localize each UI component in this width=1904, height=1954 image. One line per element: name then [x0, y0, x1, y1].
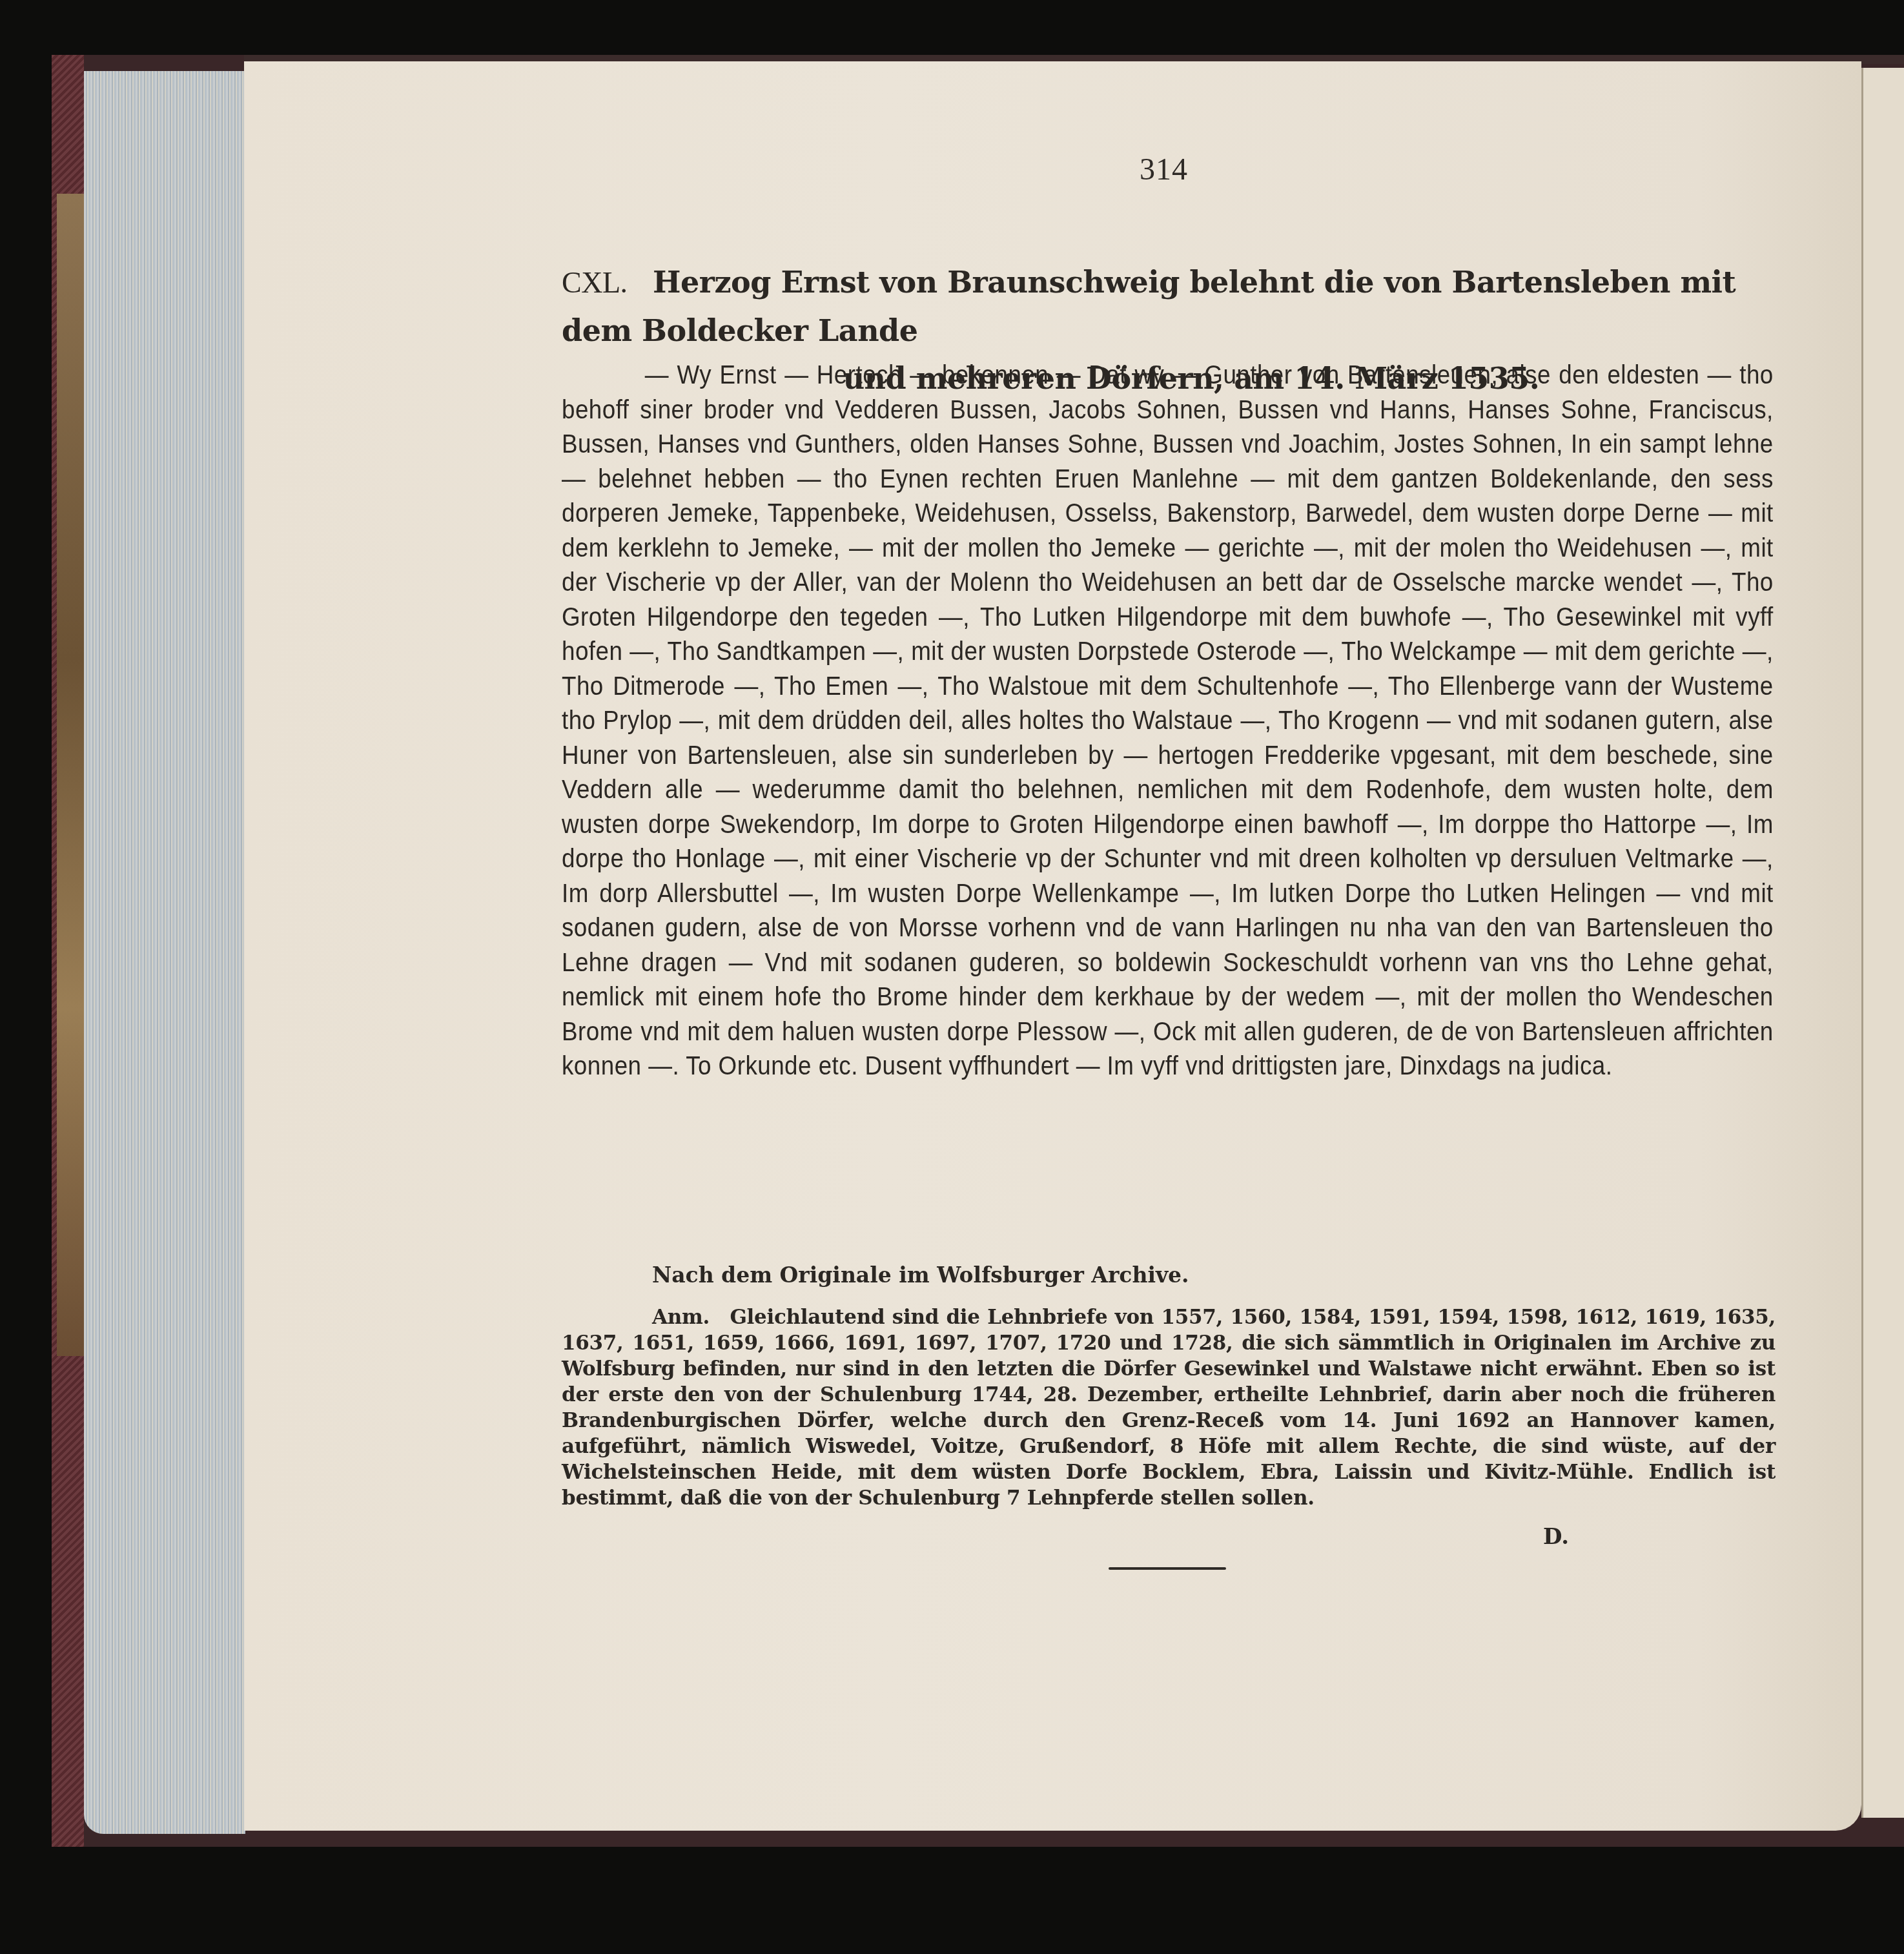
page-edges: [84, 71, 245, 1834]
annotation-lead: Anm.: [652, 1306, 710, 1329]
annotation: Anm. Gleichlautend sind die Lehnbriefe v…: [562, 1304, 1776, 1511]
document-body: — Wy Ernst — Hertoch — bekennen — Dat wy…: [562, 358, 1774, 1084]
document-number: CXL.: [562, 266, 628, 299]
page-number: 314: [1140, 152, 1188, 187]
source-note: Nach dem Originale im Wolfsburger Archiv…: [562, 1262, 1866, 1288]
next-page-edge: [1861, 68, 1904, 1818]
body-paragraph: — Wy Ernst — Hertoch — bekennen — Dat wy…: [562, 358, 1774, 1084]
end-rule-divider: [1109, 1567, 1226, 1570]
document-title-line1: Herzog Ernst von Braunschweig belehnt di…: [562, 265, 1735, 348]
annotation-text: Gleichlautend sind die Lehnbriefe von 15…: [562, 1306, 1776, 1510]
editor-signature: D.: [1543, 1524, 1569, 1550]
marbled-board: [57, 194, 86, 1356]
